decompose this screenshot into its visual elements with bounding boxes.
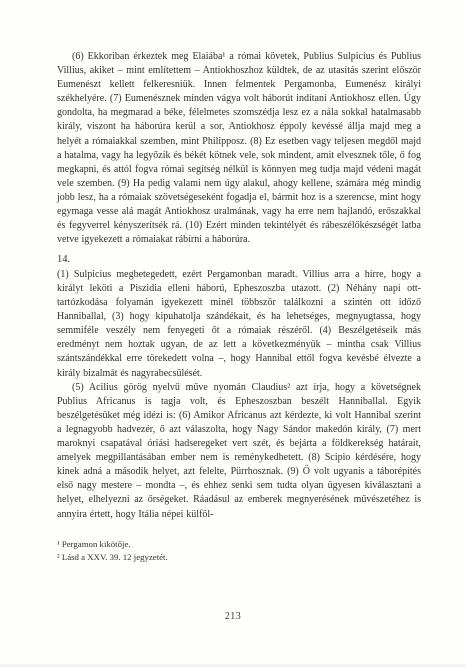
book-page: (6) Ekkoriban érkeztek meg Elaiába¹ a ró… — [0, 0, 466, 667]
paragraph-6-10: (6) Ekkoriban érkeztek meg Elaiába¹ a ró… — [57, 50, 421, 247]
paragraph-5-9: (5) Acilius görög nyelvű műve nyomán Cla… — [57, 381, 421, 522]
page-number: 213 — [0, 611, 466, 622]
scan-edge-shadow — [0, 663, 466, 667]
footnote-1: ¹ Pergamon kikötője. — [57, 538, 421, 551]
page-body: (6) Ekkoriban érkeztek meg Elaiába¹ a ró… — [57, 50, 421, 564]
footnote-2: ² Lásd a XXV. 39. 12 jegyzetét. — [57, 551, 421, 564]
section-number: 14. — [57, 253, 421, 268]
footnotes: ¹ Pergamon kikötője. ² Lásd a XXV. 39. 1… — [57, 538, 421, 564]
paragraph-1-4: (1) Sulpicius megbetegedett, ezért Perga… — [57, 268, 421, 381]
